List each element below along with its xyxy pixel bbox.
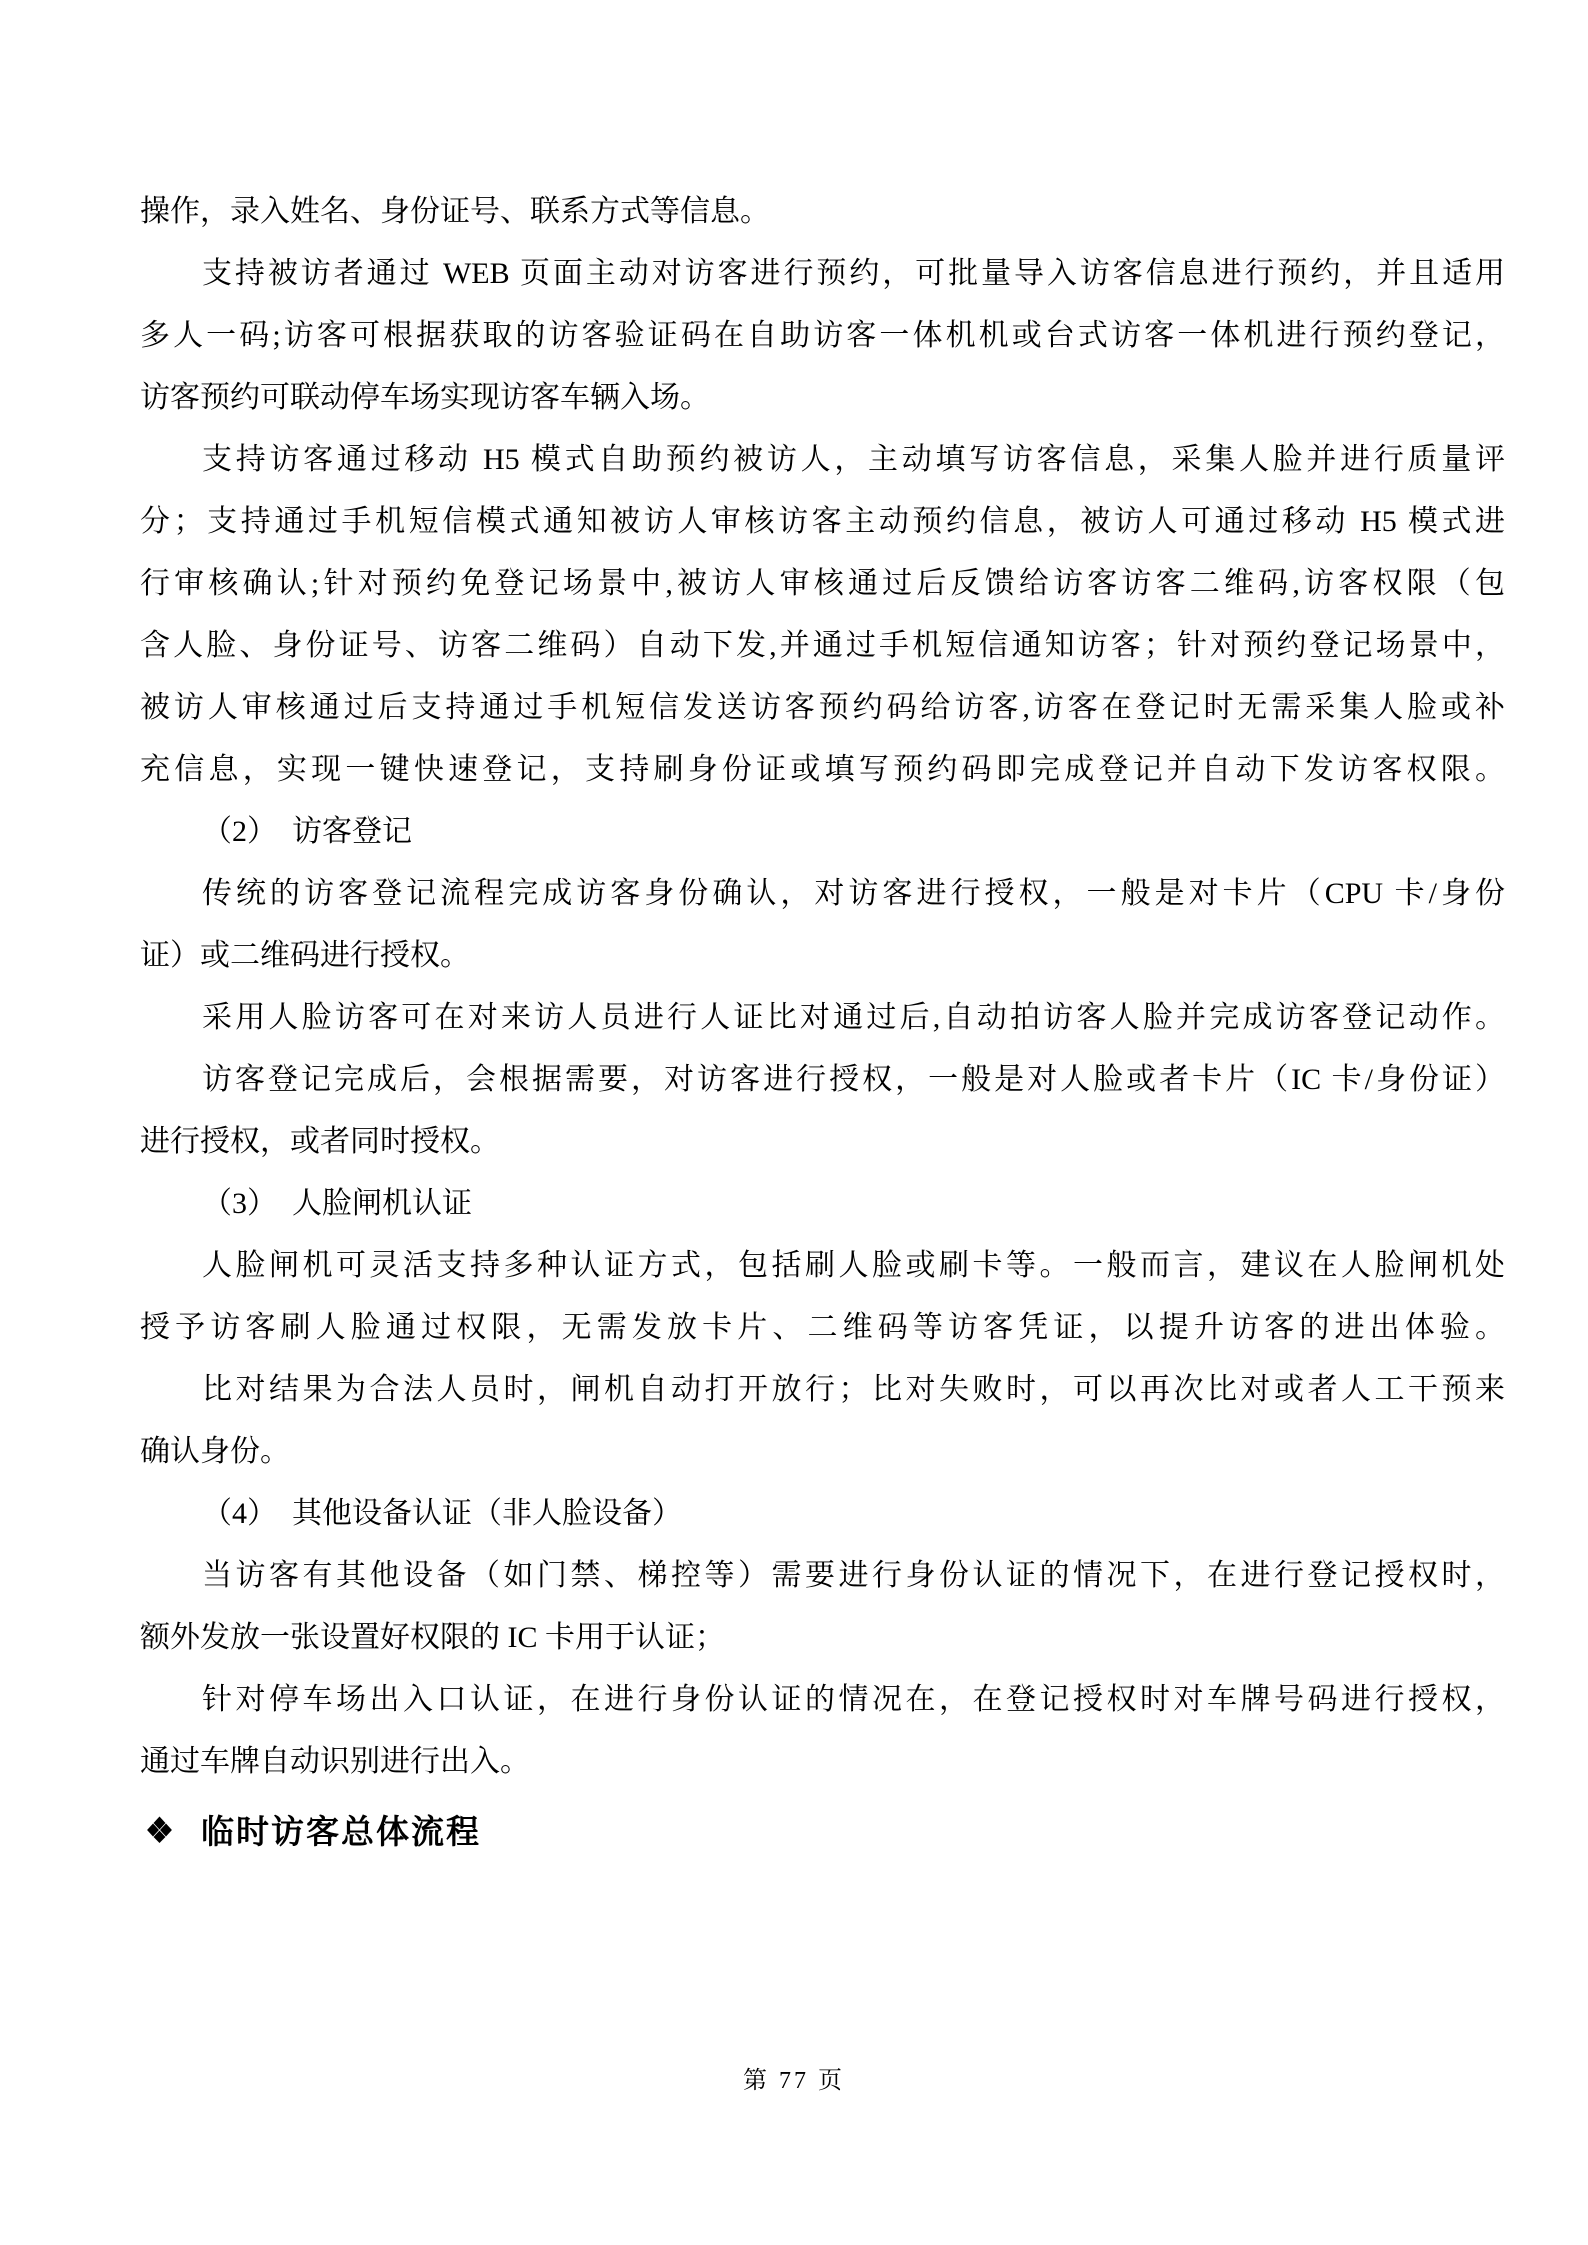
text-line: 额外发放一张设置好权限的 IC 卡用于认证； <box>140 1607 1505 1669</box>
text-line: 证）或二维码进行授权。 <box>140 925 1505 987</box>
text-line: （4） 其他设备认证（非人脸设备） <box>140 1483 1505 1545</box>
four-diamond-bullet-icon <box>146 1816 173 1843</box>
text-line: 确认身份。 <box>140 1421 1505 1483</box>
text-line: （2） 访客登记 <box>140 801 1505 863</box>
text-line: （3） 人脸闸机认证 <box>140 1173 1505 1235</box>
text-line: 通过车牌自动识别进行出入。 <box>140 1731 1505 1793</box>
text-line: 多人一码;访客可根据获取的访客验证码在自助访客一体机机或台式访客一体机进行预约登… <box>140 305 1505 367</box>
text-line: 行审核确认;针对预约免登记场景中,被访人审核通过后反馈给访客访客二维码,访客权限… <box>140 553 1505 615</box>
text-line: 访客预约可联动停车场实现访客车辆入场。 <box>140 367 1505 429</box>
page-footer: 第 77 页 <box>0 2063 1588 2099</box>
document-body: 操作，录入姓名、身份证号、联系方式等信息。支持被访者通过 WEB 页面主动对访客… <box>140 181 1505 1793</box>
page-number-text: 第 77 页 <box>743 2068 845 2094</box>
text-line: 分；支持通过手机短信模式通知被访人审核访客主动预约信息，被访人可通过移动 H5 … <box>140 491 1505 553</box>
text-line: 比对结果为合法人员时，闸机自动打开放行；比对失败时，可以再次比对或者人工干预来 <box>140 1359 1505 1421</box>
text-line: 充信息，实现一键快速登记，支持刷身份证或填写预约码即完成登记并自动下发访客权限。 <box>140 739 1505 801</box>
section-heading: 临时访客总体流程 <box>146 1798 481 1860</box>
text-line: 支持被访者通过 WEB 页面主动对访客进行预约，可批量导入访客信息进行预约，并且… <box>140 243 1505 305</box>
section-heading-text: 临时访客总体流程 <box>201 1806 481 1853</box>
text-line: 含人脸、身份证号、访客二维码）自动下发,并通过手机短信通知访客；针对预约登记场景… <box>140 615 1505 677</box>
text-line: 授予访客刷人脸通过权限，无需发放卡片、二维码等访客凭证，以提升访客的进出体验。 <box>140 1297 1505 1359</box>
text-line: 支持访客通过移动 H5 模式自助预约被访人，主动填写访客信息，采集人脸并进行质量… <box>140 429 1505 491</box>
text-line: 采用人脸访客可在对来访人员进行人证比对通过后,自动拍访客人脸并完成访客登记动作。 <box>140 987 1505 1049</box>
text-line: 传统的访客登记流程完成访客身份确认，对访客进行授权，一般是对卡片（CPU 卡/身… <box>140 863 1505 925</box>
document-page: 操作，录入姓名、身份证号、联系方式等信息。支持被访者通过 WEB 页面主动对访客… <box>0 0 1588 2245</box>
text-line: 人脸闸机可灵活支持多种认证方式，包括刷人脸或刷卡等。一般而言，建议在人脸闸机处 <box>140 1235 1505 1297</box>
text-line: 操作，录入姓名、身份证号、联系方式等信息。 <box>140 181 1505 243</box>
text-line: 针对停车场出入口认证，在进行身份认证的情况在，在登记授权时对车牌号码进行授权， <box>140 1669 1505 1731</box>
text-line: 访客登记完成后，会根据需要，对访客进行授权，一般是对人脸或者卡片（IC 卡/身份… <box>140 1049 1505 1111</box>
text-line: 被访人审核通过后支持通过手机短信发送访客预约码给访客,访客在登记时无需采集人脸或… <box>140 677 1505 739</box>
text-line: 进行授权，或者同时授权。 <box>140 1111 1505 1173</box>
text-line: 当访客有其他设备（如门禁、梯控等）需要进行身份认证的情况下，在进行登记授权时， <box>140 1545 1505 1607</box>
